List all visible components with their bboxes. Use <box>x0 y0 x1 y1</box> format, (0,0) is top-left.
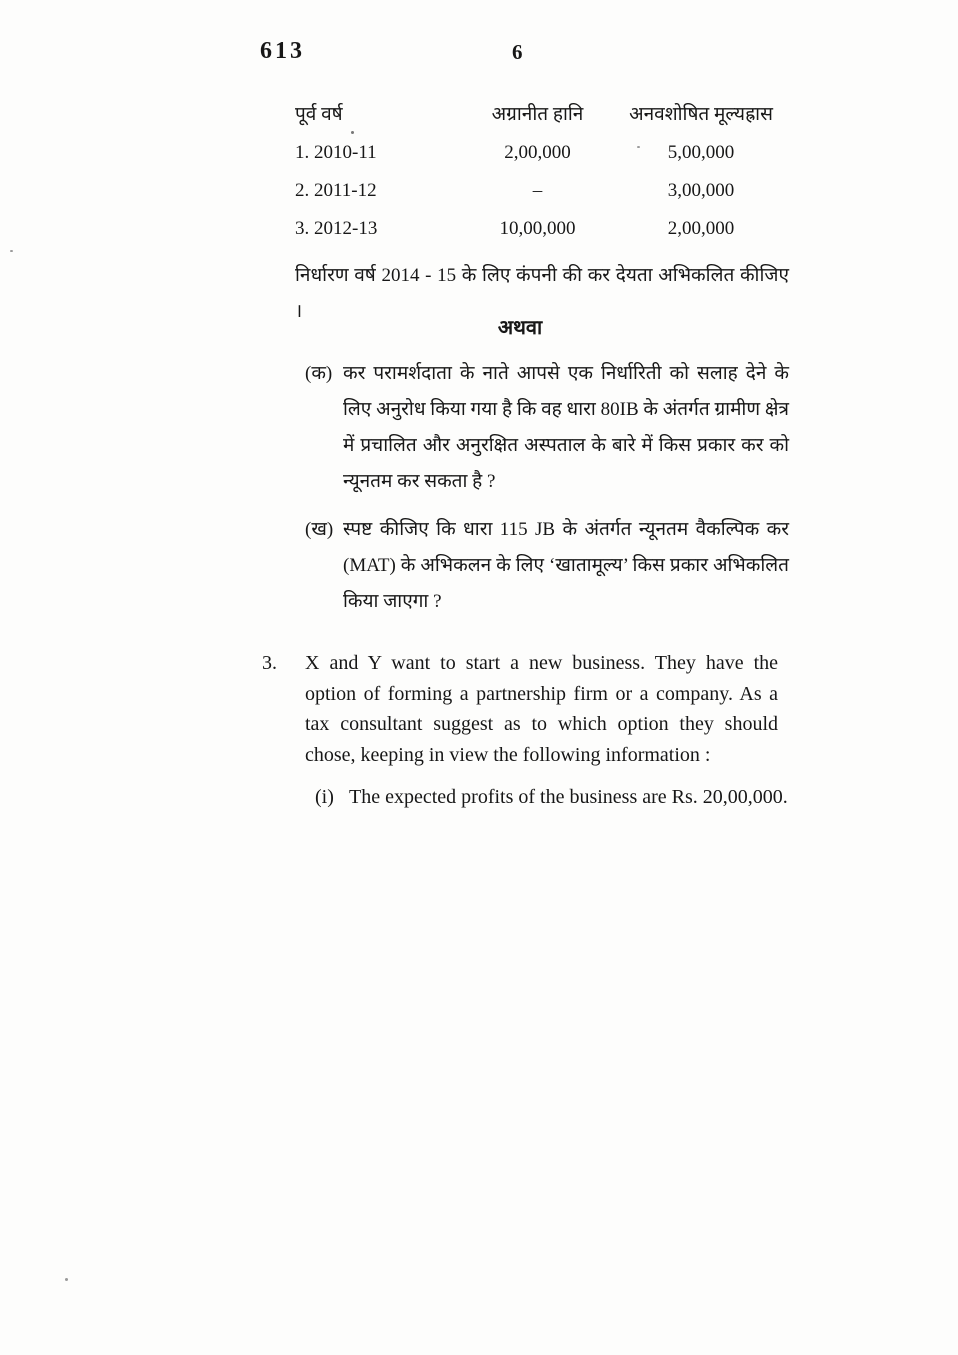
cell-year: 1. 2010-11 <box>295 142 460 164</box>
page-number: 6 <box>512 40 523 65</box>
cell-depreciation: 3,00,000 <box>615 180 787 202</box>
table-row: 3. 2012-13 10,00,000 2,00,000 <box>295 218 787 256</box>
cell-year: 3. 2012-13 <box>295 218 460 240</box>
sub-item-text: The expected profits of the business are… <box>349 786 788 808</box>
question2-part-kha: (ख) स्पष्ट कीजिए कि धारा 115 JB के अंतर्… <box>305 512 789 620</box>
scan-speck <box>65 1278 68 1281</box>
cell-loss: 2,00,000 <box>460 142 615 164</box>
question3-text: X and Y want to start a new business. Th… <box>305 648 778 770</box>
table-header-row: पूर्व वर्ष अग्रानीत हानि अनवशोषित मूल्यह… <box>295 100 787 142</box>
table-row: 1. 2010-11 2,00,000 5,00,000 <box>295 142 787 180</box>
part-kha-label: (ख) <box>305 512 333 548</box>
column-header-unabsorbed-depreciation: अनवशोषित मूल्यह्रास <box>615 100 787 126</box>
cell-depreciation: 2,00,000 <box>615 218 787 240</box>
question3: 3. X and Y want to start a new business.… <box>262 648 778 770</box>
part-ka-text: कर परामर्शदाता के नाते आपसे एक निर्धारित… <box>343 363 789 492</box>
column-header-brought-forward-loss: अग्रानीत हानि <box>460 100 615 126</box>
question3-sub-item: (i)The expected profits of the business … <box>315 782 795 813</box>
scan-speck <box>637 146 640 148</box>
part-ka-label: (क) <box>305 356 332 392</box>
question3-number: 3. <box>262 648 277 679</box>
cell-year: 2. 2011-12 <box>295 180 460 202</box>
paper-code: 613 <box>260 38 305 65</box>
sub-item-label: (i) <box>315 782 349 813</box>
part-kha-text: स्पष्ट कीजिए कि धारा 115 JB के अंतर्गत न… <box>343 519 789 612</box>
cell-loss: 10,00,000 <box>460 218 615 240</box>
cell-depreciation: 5,00,000 <box>615 142 787 164</box>
scan-speck <box>351 131 354 134</box>
question2-part-ka: (क) कर परामर्शदाता के नाते आपसे एक निर्ध… <box>305 356 789 500</box>
table-row: 2. 2011-12 – 3,00,000 <box>295 180 787 218</box>
cell-loss: – <box>460 180 615 202</box>
loss-depreciation-table: पूर्व वर्ष अग्रानीत हानि अनवशोषित मूल्यह… <box>295 100 787 256</box>
or-separator: अथवा <box>420 310 620 346</box>
exam-paper-page: 613 6 पूर्व वर्ष अग्रानीत हानि अनवशोषित … <box>0 0 958 1355</box>
scan-speck <box>10 250 13 252</box>
column-header-previous-year: पूर्व वर्ष <box>295 100 460 126</box>
